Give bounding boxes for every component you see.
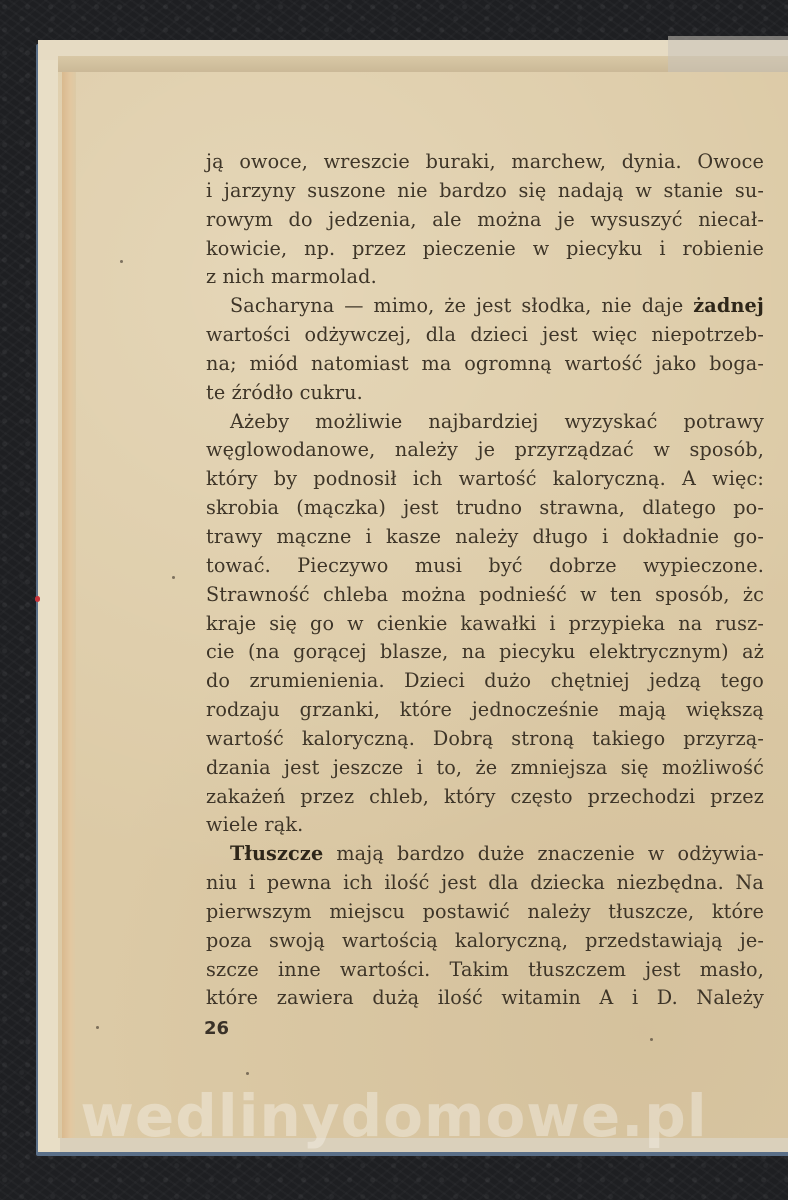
- page-number: 26: [204, 1018, 229, 1039]
- paragraph-start-line: Sacharyna — mimo, że jest słodka, nie da…: [206, 292, 764, 321]
- text-line: te źródło cukru.: [206, 379, 764, 408]
- text-line: wartości odżywczej, dla dzieci jest więc…: [206, 321, 764, 350]
- text-line: poza swoją wartością kaloryczną, przedst…: [206, 927, 764, 956]
- text-line: niu i pewna ich ilość jest dla dziecka n…: [206, 869, 764, 898]
- text-line: tować. Pieczywo musi być dobrze wypieczo…: [206, 552, 764, 581]
- text-line: kraje się go w cienkie kawałki i przypie…: [206, 610, 764, 639]
- text-span: Sacharyna — mimo, że jest słodka, nie da…: [230, 294, 693, 317]
- text-line: węglowodanowe, należy je przyrządzać w s…: [206, 436, 764, 465]
- text-line: i jarzyny suszone nie bardzo się nadają …: [206, 177, 764, 206]
- text-line: pierwszym miejscu postawić należy tłuszc…: [206, 898, 764, 927]
- text-line: cie (na gorącej blasze, na piecyku elekt…: [206, 638, 764, 667]
- text-line: na; miód natomiast ma ogromną wartość ja…: [206, 350, 764, 379]
- text-line: kowicie, np. przez pieczenie w piecyku i…: [206, 235, 764, 264]
- page-fold-shadow: [62, 72, 76, 1138]
- text-line: które zawiera dużą ilość witamin A i D. …: [206, 984, 764, 1013]
- text-line: wartość kaloryczną. Dobrą stroną takiego…: [206, 725, 764, 754]
- text-line: rodzaju grzanki, które jednocześnie mają…: [206, 696, 764, 725]
- paper-speck: [96, 1026, 99, 1029]
- body-text: ją owoce, wreszcie buraki, marchew, dyni…: [206, 148, 764, 1013]
- paper-speck: [120, 260, 123, 263]
- text-line: rowym do jedzenia, ale można je wysuszyć…: [206, 206, 764, 235]
- paper-speck: [650, 1038, 653, 1041]
- text-line: wiele rąk.: [206, 811, 764, 840]
- text-line: szcze inne wartości. Takim tłuszczem jes…: [206, 956, 764, 985]
- text-line: który by podnosił ich wartość kaloryczną…: [206, 465, 764, 494]
- watermark: wedlinydomowe.pl: [74, 1086, 714, 1146]
- emphasis-word: żadnej: [693, 294, 764, 317]
- red-ink-mark: [35, 596, 40, 602]
- paper-speck: [246, 1072, 249, 1075]
- paragraph-start-line: Ażeby możliwie najbardziej wyzyskać potr…: [206, 408, 764, 437]
- text-line: skrobia (mączka) jest trudno strawna, dl…: [206, 494, 764, 523]
- paper-speck: [172, 576, 175, 579]
- top-right-tape: [668, 36, 788, 72]
- text-line: zakażeń przez chleb, który często przech…: [206, 783, 764, 812]
- text-line: ją owoce, wreszcie buraki, marchew, dyni…: [206, 148, 764, 177]
- text-line: trawy mączne i kasze należy długo i dokł…: [206, 523, 764, 552]
- left-page-margin: [38, 60, 60, 1150]
- text-line: Strawność chleba można podnieść w ten sp…: [206, 581, 764, 610]
- emphasis-word: Tłuszcze: [230, 842, 323, 865]
- text-line: do zrumienienia. Dzieci dużo chętniej je…: [206, 667, 764, 696]
- text-line: dzania jest jeszcze i to, że zmniejsza s…: [206, 754, 764, 783]
- text-span: mają bardzo duże znaczenie w odżywia-: [323, 842, 764, 865]
- paragraph-start-line: Tłuszcze mają bardzo duże znaczenie w od…: [206, 840, 764, 869]
- text-line: z nich marmolad.: [206, 263, 764, 292]
